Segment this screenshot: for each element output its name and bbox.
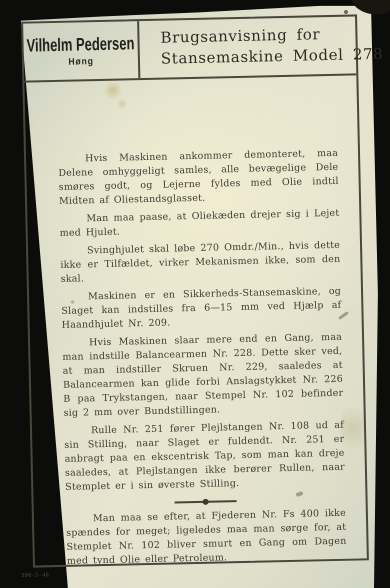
instruction-paragraph: Rulle Nr. 251 fører Plejlstangen Nr. 108…	[64, 419, 345, 495]
instruction-paragraph: Man maa paase, at Oliekæden drejer sig i…	[59, 207, 340, 241]
instruction-paragraph: Svinghjulet skal løbe 270 Omdr./Min., hv…	[60, 239, 341, 287]
document-header: Vilhelm Pedersen Høng Brugsanvisning for…	[23, 16, 356, 82]
instruction-paragraph: Man maa se efter, at Fjederen Nr. Fs 400…	[66, 507, 347, 569]
document-title-line2: Stansemaskine Model 278	[161, 43, 384, 69]
divider-dot	[203, 499, 209, 505]
publisher-name: Vilhelm Pedersen	[26, 33, 134, 56]
page-frame: Vilhelm Pedersen Høng Brugsanvisning for…	[21, 14, 369, 567]
title-block: Brugsanvisning for Stansemaskine Model 2…	[139, 16, 384, 78]
instruction-paragraph: Maskinen er en Sikkerheds-Stansemaskine,…	[61, 285, 342, 333]
paper-speck	[344, 10, 348, 14]
print-code: 306-5-46	[21, 572, 49, 579]
scan-photo: Vilhelm Pedersen Høng Brugsanvisning for…	[0, 0, 390, 588]
instruction-paragraph: Hvis Maskinen ankommer demonteret, maa D…	[58, 147, 339, 209]
instruction-paragraph: Hvis Maskinen slaar mere end en Gang, ma…	[62, 331, 344, 421]
publisher-block: Vilhelm Pedersen Høng	[23, 21, 140, 81]
publisher-town: Høng	[68, 56, 94, 68]
divider-ornament	[175, 497, 237, 506]
instructions-body: Hvis Maskinen ankommer demonteret, maa D…	[24, 75, 367, 569]
